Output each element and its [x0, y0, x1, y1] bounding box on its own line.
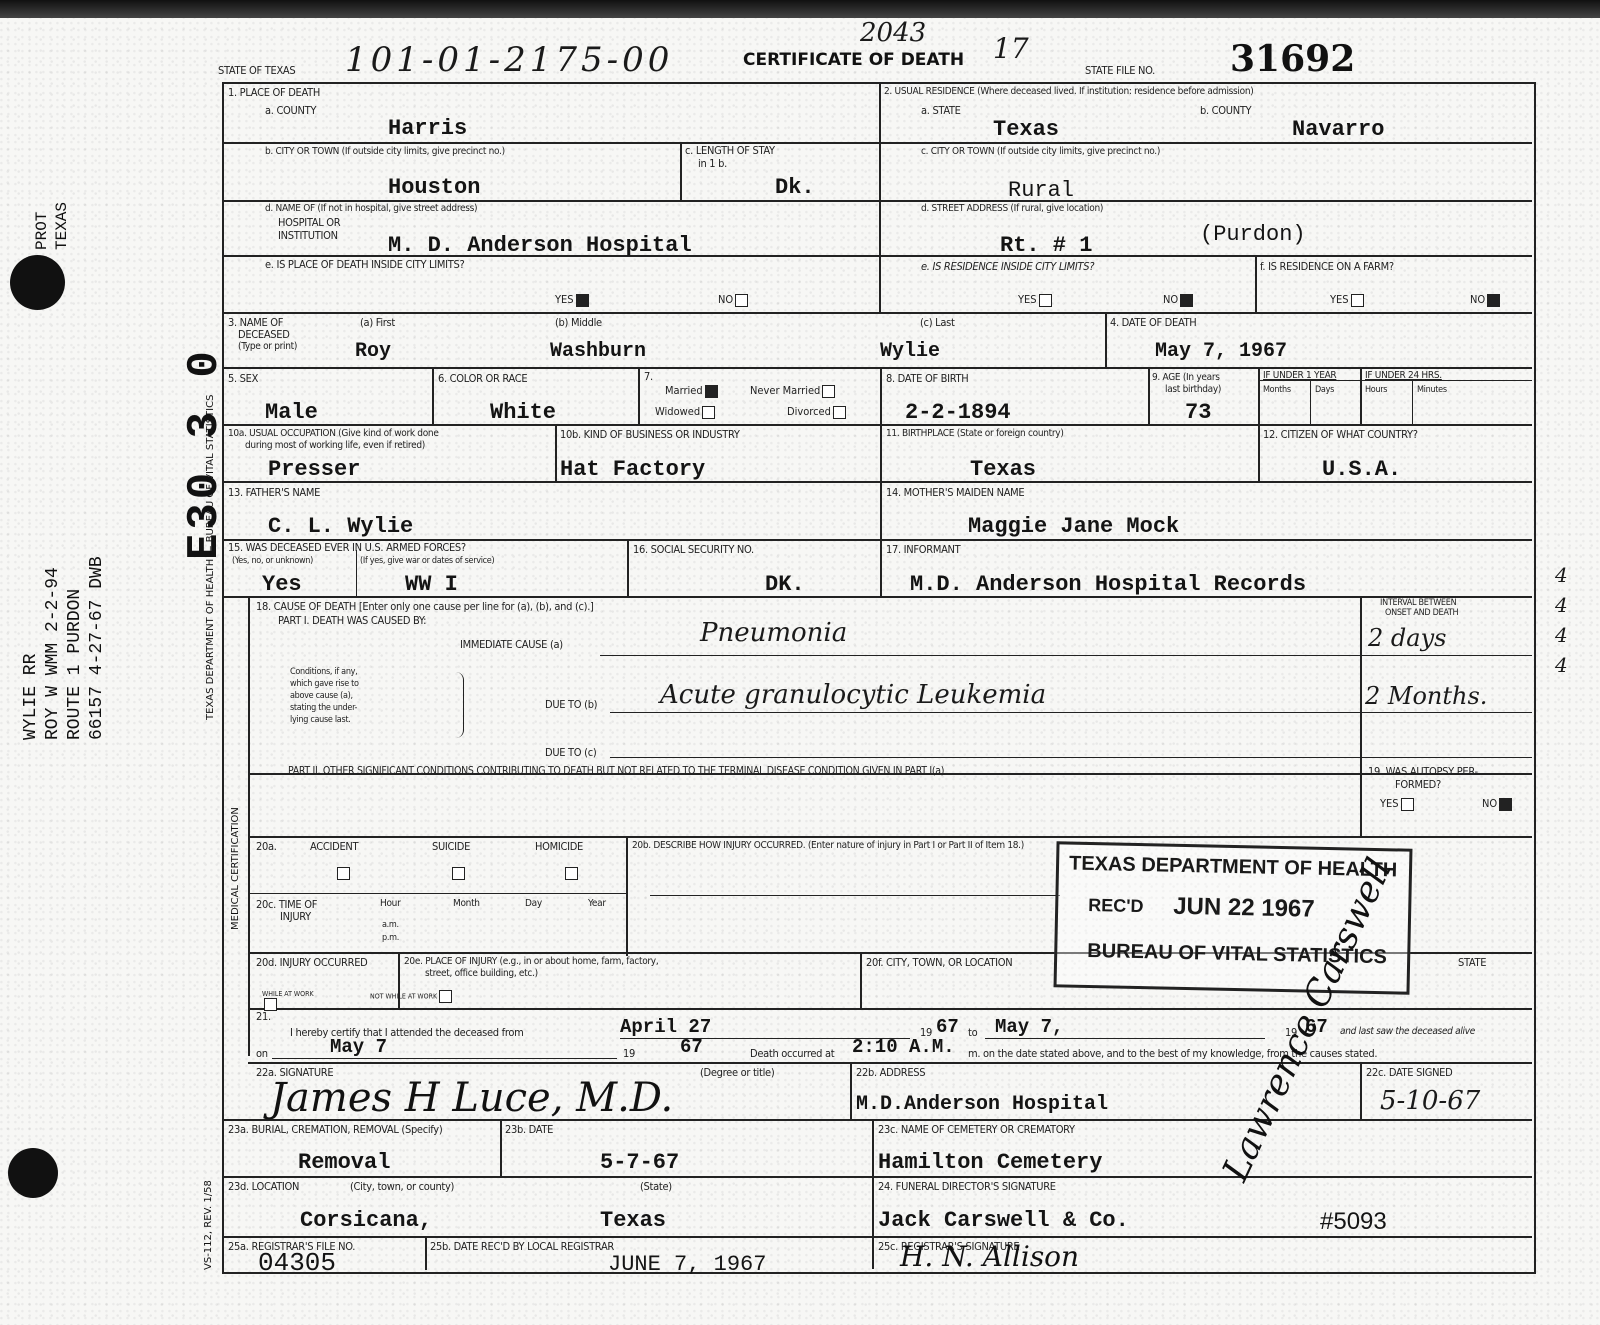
margin-line: WYLIE RR — [20, 556, 42, 740]
attended-from: April 27 — [620, 1016, 711, 1038]
date-signed-label: 22c. DATE SIGNED — [1366, 1066, 1452, 1079]
autopsy-yes[interactable]: YES — [1380, 797, 1414, 811]
cert-text-2: and last saw the deceased alive — [1340, 1026, 1475, 1037]
burial-value: Removal — [298, 1150, 390, 1175]
father-value: C. L. Wylie — [268, 514, 413, 539]
punch-hole-top — [10, 255, 65, 310]
homicide-label: HOMICIDE — [535, 840, 583, 853]
pod-county-value: Harris — [388, 116, 467, 141]
under-24-label: IF UNDER 24 HRS. — [1365, 370, 1442, 381]
months-label: Months — [1263, 385, 1291, 395]
stamp-recd: REC'D — [1088, 895, 1144, 917]
immediate-cause-label: IMMEDIATE CAUSE (a) — [460, 638, 563, 651]
interval-label-2: ONSET AND DEATH — [1385, 608, 1458, 618]
hospital-value: M. D. Anderson Hospital — [388, 233, 692, 258]
attended-from-year: 67 — [936, 1016, 959, 1038]
farm-yes[interactable]: YES — [1330, 293, 1364, 307]
director-label: 24. FUNERAL DIRECTOR'S SIGNATURE — [878, 1180, 1056, 1193]
farm-label: f. IS RESIDENCE ON A FARM? — [1260, 260, 1394, 273]
interval-a-value: 2 days — [1368, 624, 1446, 652]
suicide-label: SUICIDE — [432, 840, 470, 853]
hospital-label-2: HOSPITAL OR — [278, 216, 340, 229]
middle-name-value: Washburn — [550, 340, 646, 363]
checkbox-checked-icon — [705, 385, 718, 398]
hospital-label: d. NAME OF (If not in hospital, give str… — [265, 203, 477, 214]
checkbox-empty-icon — [702, 406, 715, 419]
location-city-value: Corsicana, — [300, 1208, 432, 1233]
not-while-at-work-checkbox[interactable]: NOT WHILE AT WORK — [370, 990, 460, 1003]
checkbox-checked-icon — [1499, 798, 1512, 811]
age-label: 9. AGE (In years — [1152, 372, 1220, 383]
on-label: on — [256, 1047, 268, 1060]
director-value: Jack Carswell & Co. — [878, 1208, 1129, 1233]
margin-line: ROUTE 1 PURDON — [64, 556, 86, 740]
state-file-label: STATE FILE NO. — [1085, 64, 1155, 77]
dept-vertical-label: TEXAS DEPARTMENT OF HEALTH — BUREAU OF V… — [205, 395, 216, 720]
age-label-2: last birthday) — [1165, 384, 1221, 395]
time-of-death: 2:10 A.M. — [852, 1036, 955, 1058]
checkbox-empty-icon — [565, 867, 578, 880]
dob-label: 8. DATE OF BIRTH — [886, 372, 968, 385]
location-state-label: (State) — [640, 1180, 672, 1193]
due-to-b-label: DUE TO (b) — [545, 698, 597, 711]
pod-city-limits-label: e. IS PLACE OF DEATH INSIDE CITY LIMITS? — [265, 258, 464, 271]
checkbox-empty-icon — [1401, 798, 1414, 811]
stay-sub-label: in 1 b. — [698, 157, 727, 170]
last-name-label: (c) Last — [920, 316, 955, 329]
hour-label: Hour — [380, 898, 400, 909]
handwritten-number: 101-01-2175-00 — [345, 40, 673, 80]
texas-text: TEXAS — [52, 202, 72, 250]
place-of-death-label: 1. PLACE OF DEATH — [228, 86, 320, 99]
checkbox-empty-icon — [1351, 294, 1364, 307]
war-value: WW I — [405, 572, 458, 597]
pod-county-label: a. COUNTY — [265, 104, 316, 117]
right-margin-marks: 4 4 4 4 — [1555, 560, 1569, 680]
marital-label: 7. — [644, 370, 653, 383]
occupation-label: 10a. USUAL OCCUPATION (Give kind of work… — [228, 428, 439, 439]
checkbox-checked-icon — [576, 294, 589, 307]
armed-value: Yes — [262, 572, 302, 597]
res-county-value: Navarro — [1292, 117, 1384, 142]
month-label: Month — [453, 898, 480, 909]
day-label: Day — [525, 898, 542, 909]
res-city-limits-label: e. IS RESIDENCE INSIDE CITY LIMITS? — [921, 260, 1094, 273]
widowed-checkbox[interactable]: Widowed — [655, 405, 715, 419]
director-number: #5093 — [1320, 1208, 1387, 1236]
checkbox-empty-icon — [439, 990, 452, 1003]
nineteen-3: 19 — [623, 1047, 635, 1060]
res-street-note: (Purdon) — [1200, 222, 1306, 247]
stay-label: c. LENGTH OF STAY — [685, 144, 775, 157]
part2-label: PART II. OTHER SIGNIFICANT CONDITIONS CO… — [288, 765, 944, 777]
injury-state-label: STATE — [1458, 956, 1486, 969]
pod-city-label: b. CITY OR TOWN (If outside city limits,… — [265, 146, 505, 157]
physician-signature: James H Luce, M.D. — [270, 1075, 673, 1121]
burial-date-value: 5-7-67 — [600, 1150, 679, 1175]
checkbox-empty-icon — [822, 385, 835, 398]
margin-index-stamp: WYLIE RR ROY W WMM 2-2-94 ROUTE 1 PURDON… — [20, 556, 108, 740]
checkbox-empty-icon — [452, 867, 465, 880]
autopsy-label-2: FORMED? — [1395, 778, 1441, 791]
res-city-limits-yes[interactable]: YES — [1018, 293, 1052, 307]
informant-value: M.D. Anderson Hospital Records — [910, 572, 1306, 597]
degree-label: (Degree or title) — [700, 1066, 774, 1079]
stamp-dept: TEXAS DEPARTMENT OF HEALTH — [1069, 853, 1398, 883]
res-county-label: b. COUNTY — [1200, 104, 1251, 117]
time-of-injury-label-2: INJURY — [280, 910, 311, 923]
accident-checkbox[interactable] — [335, 866, 350, 880]
pod-city-value: Houston — [388, 175, 480, 200]
hours-label: Hours — [1365, 385, 1387, 395]
business-label: 10b. KIND OF BUSINESS OR INDUSTRY — [560, 428, 740, 441]
divorced-checkbox[interactable]: Divorced — [787, 405, 846, 419]
hospital-label-3: INSTITUTION — [278, 229, 338, 242]
residence-label: 2. USUAL RESIDENCE (Where deceased lived… — [884, 86, 1253, 97]
father-label: 13. FATHER'S NAME — [228, 486, 320, 499]
sex-value: Male — [265, 400, 318, 425]
location-city-label: (City, town, or county) — [350, 1180, 454, 1193]
date-of-death-label: 4. DATE OF DEATH — [1110, 316, 1196, 329]
cert-text-1: I hereby certify that I attended the dec… — [290, 1026, 523, 1039]
pm-label: p.m. — [382, 933, 399, 943]
registrar-date-label: 25b. DATE REC'D BY LOCAL REGISTRAR — [430, 1240, 614, 1253]
sex-label: 5. SEX — [228, 372, 258, 385]
bracket — [455, 672, 464, 738]
interval-label: INTERVAL BETWEEN — [1380, 598, 1456, 608]
business-value: Hat Factory — [560, 457, 705, 482]
res-state-value: Texas — [993, 117, 1059, 142]
armed-sub-2: (If yes, give war or dates of service) — [360, 556, 494, 566]
registrar-file-value: 04305 — [258, 1248, 336, 1278]
prot-text: PROT — [32, 202, 52, 250]
margin-prot-texas: PROT TEXAS — [32, 202, 72, 250]
handwritten-code: 2043 — [860, 18, 926, 48]
part1-label: PART I. DEATH WAS CAUSED BY: — [278, 614, 426, 627]
due-to-b-value: Acute granulocytic Leukemia — [660, 680, 1046, 710]
injury-a-label: 20a. — [256, 840, 277, 853]
location-state-value: Texas — [600, 1208, 666, 1233]
cemetery-value: Hamilton Cemetery — [878, 1150, 1102, 1175]
race-value: White — [490, 400, 556, 425]
document-title: CERTIFICATE OF DEATH — [743, 50, 964, 70]
days-label: Days — [1315, 385, 1334, 395]
mother-label: 14. MOTHER'S MAIDEN NAME — [886, 486, 1024, 499]
pod-city-limits-no[interactable]: NO — [718, 293, 748, 307]
pod-city-limits-yes[interactable]: YES — [555, 293, 589, 307]
checkbox-empty-icon — [1039, 294, 1052, 307]
res-state-label: a. STATE — [921, 104, 961, 117]
burial-label: 23a. BURIAL, CREMATION, REMOVAL (Specify… — [228, 1123, 442, 1136]
immediate-cause-value: Pneumonia — [700, 618, 847, 648]
married-checkbox[interactable]: Married — [665, 384, 718, 398]
registrar-date-value: JUNE 7, 1967 — [608, 1252, 766, 1277]
while-at-work-checkbox[interactable]: WHILE AT WORK — [262, 990, 322, 1011]
scan-top-edge — [0, 0, 1600, 18]
informant-label: 17. INFORMANT — [886, 543, 960, 556]
res-street-label: d. STREET ADDRESS (If rural, give locati… — [921, 203, 1103, 214]
under-year-label: IF UNDER 1 YEAR — [1263, 370, 1336, 381]
interval-b-value: 2 Months. — [1365, 682, 1487, 710]
checkbox-empty-icon — [735, 294, 748, 307]
attended-to: May 7, — [995, 1016, 1063, 1038]
margin-line: ROY W WMM 2-2-94 — [42, 556, 64, 740]
never-married-checkbox[interactable]: Never Married — [750, 384, 835, 398]
cert-number: 21. — [256, 1010, 271, 1023]
death-at-label: Death occurred at — [750, 1047, 834, 1060]
autopsy-no[interactable]: NO — [1482, 797, 1512, 811]
checkbox-empty-icon — [833, 406, 846, 419]
location-label: 23d. LOCATION — [228, 1180, 299, 1193]
res-city-value: Rural — [1008, 178, 1074, 203]
injury-city-label: 20f. CITY, TOWN, OR LOCATION — [866, 956, 1012, 969]
autopsy-label: 19. WAS AUTOPSY PER- — [1368, 765, 1478, 778]
ssn-label: 16. SOCIAL SECURITY NO. — [633, 543, 754, 556]
armed-forces-label: 15. WAS DECEASED EVER IN U.S. ARMED FORC… — [228, 541, 466, 554]
citizen-value: U.S.A. — [1322, 457, 1401, 482]
last-seen-date: May 7 — [330, 1036, 387, 1058]
name-label-3: (Type or print) — [238, 341, 297, 352]
year-label: Year — [588, 898, 606, 909]
place-of-injury-label-2: street, office building, etc.) — [425, 968, 538, 979]
last-name-value: Wylie — [880, 340, 940, 363]
mother-value: Maggie Jane Mock — [968, 514, 1179, 539]
dob-value: 2-2-1894 — [905, 400, 1011, 425]
cause-of-death-label: 18. CAUSE OF DEATH [Enter only one cause… — [256, 600, 594, 613]
occupation-value: Presser — [268, 457, 360, 482]
margin-line: 66157 4-27-67 DWB — [86, 556, 108, 740]
race-label: 6. COLOR OR RACE — [438, 372, 527, 385]
first-name-value: Roy — [355, 340, 391, 363]
middle-name-label: (b) Middle — [555, 316, 602, 329]
last-seen-year: 67 — [680, 1036, 703, 1058]
suicide-checkbox[interactable] — [450, 866, 465, 880]
citizen-label: 12. CITIZEN OF WHAT COUNTRY? — [1263, 428, 1418, 441]
cemetery-label: 23c. NAME OF CEMETERY OR CREMATORY — [878, 1123, 1075, 1136]
to-label: to — [968, 1026, 977, 1039]
minutes-label: Minutes — [1417, 385, 1447, 395]
punch-hole-bottom — [8, 1148, 58, 1198]
checkbox-checked-icon — [1487, 294, 1500, 307]
address-label: 22b. ADDRESS — [856, 1066, 925, 1079]
state-of-texas-label: STATE OF TEXAS — [218, 64, 295, 77]
state-file-number: 31692 — [1230, 38, 1355, 80]
stay-value: Dk. — [775, 175, 815, 200]
date-signed-value: 5-10-67 — [1380, 1086, 1480, 1116]
am-label: a.m. — [382, 920, 399, 930]
date-of-death-value: May 7, 1967 — [1155, 340, 1287, 363]
registrar-signature: H. N. Allison — [900, 1240, 1079, 1273]
age-value: 73 — [1185, 400, 1211, 425]
due-to-c-label: DUE TO (c) — [545, 746, 596, 759]
address-value: M.D.Anderson Hospital — [856, 1093, 1108, 1116]
res-city-limits-no[interactable]: NO — [1163, 293, 1193, 307]
armed-sub-1: (Yes, no, or unknown) — [232, 556, 313, 566]
place-of-injury-label: 20e. PLACE OF INJURY (e.g., in or about … — [404, 956, 658, 967]
occupation-label-2: during most of working life, even if ret… — [245, 440, 425, 451]
res-city-label: c. CITY OR TOWN (If outside city limits,… — [921, 146, 1160, 157]
form-number: VS-112, REV. 1/58 — [203, 1180, 214, 1270]
name-label-2: DECEASED — [238, 328, 290, 341]
birthplace-value: Texas — [970, 457, 1036, 482]
conditions-note: Conditions, if any,which gave rise toabo… — [290, 666, 410, 726]
first-name-label: (a) First — [360, 316, 395, 329]
birthplace-label: 11. BIRTHPLACE (State or foreign country… — [886, 428, 1064, 439]
checkbox-checked-icon — [1180, 294, 1193, 307]
ssn-value: DK. — [765, 572, 805, 597]
homicide-checkbox[interactable] — [563, 866, 578, 880]
stamp-date: JUN 22 1967 — [1173, 893, 1315, 924]
injury-b-label: 20b. DESCRIBE HOW INJURY OCCURRED. (Ente… — [632, 840, 1024, 851]
checkbox-empty-icon — [337, 867, 350, 880]
burial-date-label: 23b. DATE — [505, 1123, 553, 1136]
res-street-value: Rt. # 1 — [1000, 233, 1092, 258]
injury-occurred-label: 20d. INJURY OCCURRED — [256, 956, 367, 969]
accident-label: ACCIDENT — [310, 840, 358, 853]
handwritten-code-2: 17 — [993, 32, 1029, 65]
farm-no[interactable]: NO — [1470, 293, 1500, 307]
